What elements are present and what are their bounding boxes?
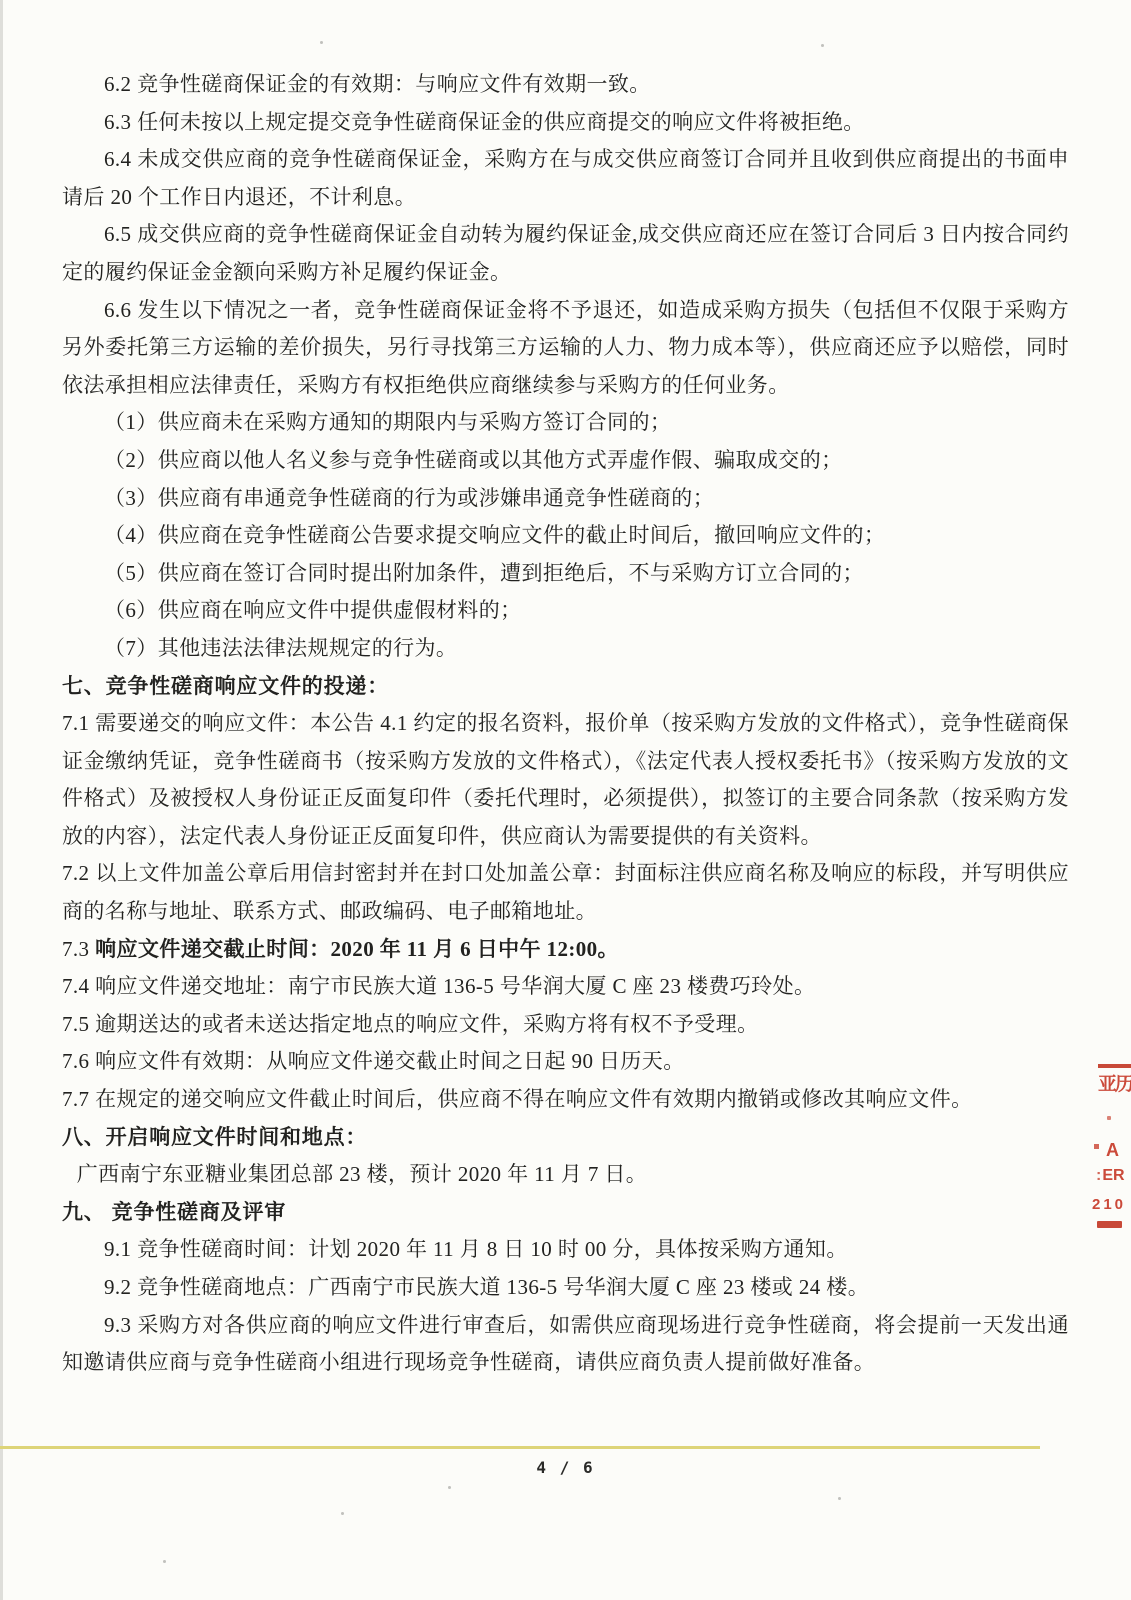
paragraph-9-2-text: 9.2 竞争性磋商地点：广西南宁市民族大道 136-5 号华润大厦 C 座 23…: [104, 1275, 869, 1299]
paragraph-8-body: 广西南宁东亚糖业集团总部 23 楼，预计 2020 年 11 月 7 日。: [62, 1156, 1069, 1194]
paragraph-7-6: 7.6 响应文件有效期：从响应文件递交截止时间之日起 90 日历天。: [62, 1043, 1069, 1081]
list-item-1: （1）供应商未在采购方通知的期限内与采购方签订合同的；: [62, 404, 1069, 442]
heading-section-7: 七、竞争性磋商响应文件的投递：: [62, 668, 1069, 706]
paragraph-7-5: 7.5 逾期送达的或者未送达指定地点的响应文件，采购方将有权不予受理。: [62, 1006, 1069, 1044]
paragraph-8-body-text: 广西南宁东亚糖业集团总部 23 楼，预计 2020 年 11 月 7 日。: [77, 1162, 648, 1186]
stamp-letters-fragment: ER: [1096, 1167, 1125, 1185]
footer-divider: [0, 1446, 1040, 1449]
paragraph-7-6-text: 7.6 响应文件有效期：从响应文件递交截止时间之日起 90 日历天。: [62, 1049, 685, 1073]
scan-speck: [448, 1486, 451, 1489]
scan-speck: [320, 41, 323, 44]
list-item-4: （4）供应商在竞争性磋商公告要求提交响应文件的截止时间后，撤回响应文件的；: [62, 517, 1069, 555]
heading-section-9: 九、 竞争性磋商及评审: [62, 1194, 1069, 1232]
paragraph-9-3-text: 9.3 采购方对各供应商的响应文件进行审查后，如需供应商现场进行竞争性磋商，将会…: [62, 1313, 1069, 1375]
paragraph-6-4: 6.4 未成交供应商的竞争性磋商保证金，采购方在与成交供应商签订合同并且收到供应…: [62, 141, 1069, 216]
paragraph-7-5-text: 7.5 逾期送达的或者未送达指定地点的响应文件，采购方将有权不予受理。: [62, 1012, 759, 1036]
paragraph-9-1: 9.1 竞争性磋商时间：计划 2020 年 11 月 8 日 10 时 00 分…: [62, 1231, 1069, 1269]
heading-section-8-text: 八、开启响应文件时间和地点：: [62, 1125, 367, 1149]
red-stamp-fragment: 亚历 A ER 210: [1089, 1056, 1131, 1241]
heading-section-9-text: 九、 竞争性磋商及评审: [62, 1200, 286, 1224]
paragraph-6-4-text: 6.4 未成交供应商的竞争性磋商保证金，采购方在与成交供应商签订合同并且收到供应…: [62, 147, 1069, 209]
list-item-4-text: （4）供应商在竞争性磋商公告要求提交响应文件的截止时间后，撤回响应文件的；: [104, 523, 885, 547]
stamp-digits-fragment: 210: [1092, 1196, 1126, 1213]
paragraph-7-4: 7.4 响应文件递交地址：南宁市民族大道 136-5 号华润大厦 C 座 23 …: [62, 968, 1069, 1006]
stamp-letter-fragment: A: [1106, 1140, 1119, 1161]
page-number: 4 / 6: [0, 1458, 1131, 1477]
list-item-7-text: （7）其他违法法律法规规定的行为。: [104, 636, 457, 660]
list-item-7: （7）其他违法法律法规规定的行为。: [62, 630, 1069, 668]
list-item-5-text: （5）供应商在签订合同时提出附加条件，遭到拒绝后，不与采购方订立合同的；: [104, 561, 864, 585]
scan-speck: [838, 1497, 841, 1500]
heading-section-7-text: 七、竞争性磋商响应文件的投递：: [62, 674, 389, 698]
paragraph-6-5-text: 6.5 成交供应商的竞争性磋商保证金自动转为履约保证金,成交供应商还应在签订合同…: [62, 222, 1069, 284]
scanned-document-page: 6.2 竞争性磋商保证金的有效期：与响应文件有效期一致。6.3 任何未按以上规定…: [0, 0, 1131, 1600]
paragraph-7-3: 7.3 响应文件递交截止时间：2020 年 11 月 6 日中午 12:00。: [62, 931, 1069, 969]
paragraph-7-4-text: 7.4 响应文件递交地址：南宁市民族大道 136-5 号华润大厦 C 座 23 …: [62, 974, 815, 998]
paragraph-6-2: 6.2 竞争性磋商保证金的有效期：与响应文件有效期一致。: [62, 66, 1069, 104]
list-item-3: （3）供应商有串通竞争性磋商的行为或涉嫌串通竞争性磋商的；: [62, 480, 1069, 518]
list-item-3-text: （3）供应商有串通竞争性磋商的行为或涉嫌串通竞争性磋商的；: [104, 486, 714, 510]
list-item-1-text: （1）供应商未在采购方通知的期限内与采购方签订合同的；: [104, 410, 671, 434]
paragraph-7-3-text: 响应文件递交截止时间：2020 年 11 月 6 日中午 12:00。: [95, 937, 619, 961]
paragraph-6-3: 6.3 任何未按以上规定提交竞争性磋商保证金的供应商提交的响应文件将被拒绝。: [62, 104, 1069, 142]
document-body: 6.2 竞争性磋商保证金的有效期：与响应文件有效期一致。6.3 任何未按以上规定…: [62, 66, 1069, 1382]
paragraph-7-3-text: 7.3: [62, 937, 95, 961]
paragraph-6-2-text: 6.2 竞争性磋商保证金的有效期：与响应文件有效期一致。: [104, 72, 651, 96]
paragraph-7-7: 7.7 在规定的递交响应文件截止时间后，供应商不得在响应文件有效期内撤销或修改其…: [62, 1081, 1069, 1119]
list-item-2: （2）供应商以他人名义参与竞争性磋商或以其他方式弄虚作假、骗取成交的；: [62, 442, 1069, 480]
list-item-5: （5）供应商在签订合同时提出附加条件，遭到拒绝后，不与采购方订立合同的；: [62, 555, 1069, 593]
scan-speck: [163, 1560, 166, 1563]
list-item-2-text: （2）供应商以他人名义参与竞争性磋商或以其他方式弄虚作假、骗取成交的；: [104, 448, 843, 472]
scan-speck: [341, 1512, 344, 1515]
list-item-6: （6）供应商在响应文件中提供虚假材料的；: [62, 592, 1069, 630]
paragraph-6-6-text: 6.6 发生以下情况之一者，竞争性磋商保证金将不予退还，如造成采购方损失（包括但…: [62, 298, 1069, 397]
paragraph-6-6: 6.6 发生以下情况之一者，竞争性磋商保证金将不予退还，如造成采购方损失（包括但…: [62, 292, 1069, 405]
paragraph-6-3-text: 6.3 任何未按以上规定提交竞争性磋商保证金的供应商提交的响应文件将被拒绝。: [104, 110, 865, 134]
paragraph-7-2-text: 7.2 以上文件加盖公章后用信封密封并在封口处加盖公章：封面标注供应商名称及响应…: [62, 861, 1069, 923]
stamp-cjk-fragment: 亚历: [1098, 1064, 1131, 1096]
paragraph-9-1-text: 9.1 竞争性磋商时间：计划 2020 年 11 月 8 日 10 时 00 分…: [104, 1237, 848, 1261]
heading-section-8: 八、开启响应文件时间和地点：: [62, 1119, 1069, 1157]
paragraph-7-1: 7.1 需要递交的响应文件：本公告 4.1 约定的报名资料，报价单（按采购方发放…: [62, 705, 1069, 855]
paragraph-7-2: 7.2 以上文件加盖公章后用信封密封并在封口处加盖公章：封面标注供应商名称及响应…: [62, 855, 1069, 930]
scan-edge-shadow: [0, 0, 3, 1600]
scan-speck: [821, 44, 824, 47]
list-item-6-text: （6）供应商在响应文件中提供虚假材料的；: [104, 598, 522, 622]
stamp-dot: [1107, 1116, 1111, 1120]
paragraph-9-2: 9.2 竞争性磋商地点：广西南宁市民族大道 136-5 号华润大厦 C 座 23…: [62, 1269, 1069, 1307]
paragraph-9-3: 9.3 采购方对各供应商的响应文件进行审查后，如需供应商现场进行竞争性磋商，将会…: [62, 1307, 1069, 1382]
paragraph-6-5: 6.5 成交供应商的竞争性磋商保证金自动转为履约保证金,成交供应商还应在签订合同…: [62, 216, 1069, 291]
paragraph-7-1-text: 7.1 需要递交的响应文件：本公告 4.1 约定的报名资料，报价单（按采购方发放…: [62, 711, 1069, 848]
paragraph-7-7-text: 7.7 在规定的递交响应文件截止时间后，供应商不得在响应文件有效期内撤销或修改其…: [62, 1087, 973, 1111]
stamp-bar: [1097, 1221, 1122, 1228]
